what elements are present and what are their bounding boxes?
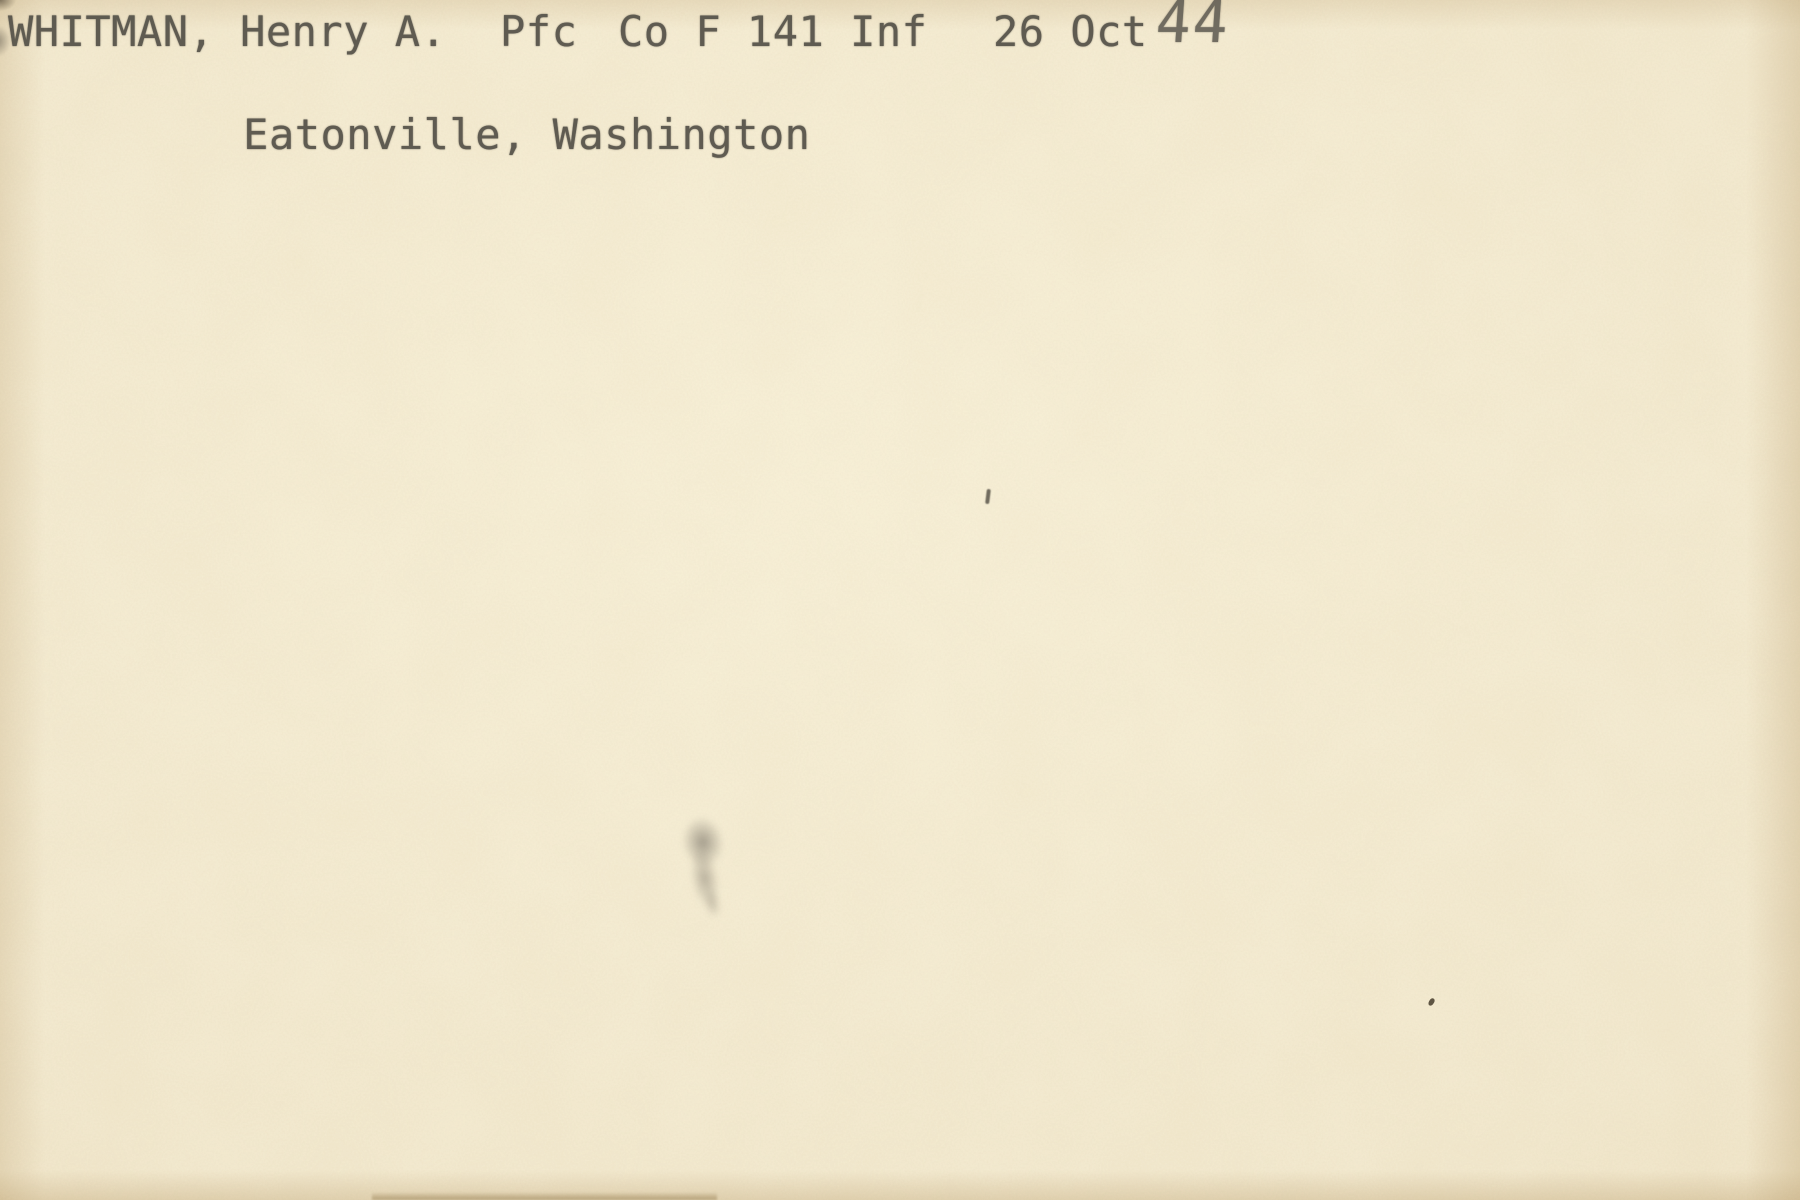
stray-ink-tick bbox=[985, 489, 991, 504]
typed-line-2: Eatonville, Washington bbox=[140, 57, 810, 213]
index-card: WHITMAN, Henry A. Pfc Co F 141 Inf 26 Oc… bbox=[0, 0, 1800, 1200]
stain-smudge bbox=[670, 812, 743, 920]
soldier-name-text: WHITMAN, Henry A. bbox=[8, 6, 446, 58]
residence-text: Eatonville, Washington bbox=[243, 110, 810, 159]
left-edge-mark bbox=[0, 26, 10, 56]
rank-text: Pfc bbox=[500, 6, 577, 58]
typed-line-1: WHITMAN, Henry A. Pfc Co F 141 Inf 26 Oc… bbox=[0, 6, 1800, 60]
bottom-edge-shadow bbox=[372, 1192, 717, 1200]
top-left-corner-mark bbox=[0, 0, 16, 11]
ink-speck bbox=[1427, 997, 1435, 1006]
unit-text: Co F 141 Inf bbox=[618, 6, 927, 58]
year-text: 44 bbox=[1154, 0, 1231, 48]
date-text: 26 Oct bbox=[993, 6, 1148, 58]
